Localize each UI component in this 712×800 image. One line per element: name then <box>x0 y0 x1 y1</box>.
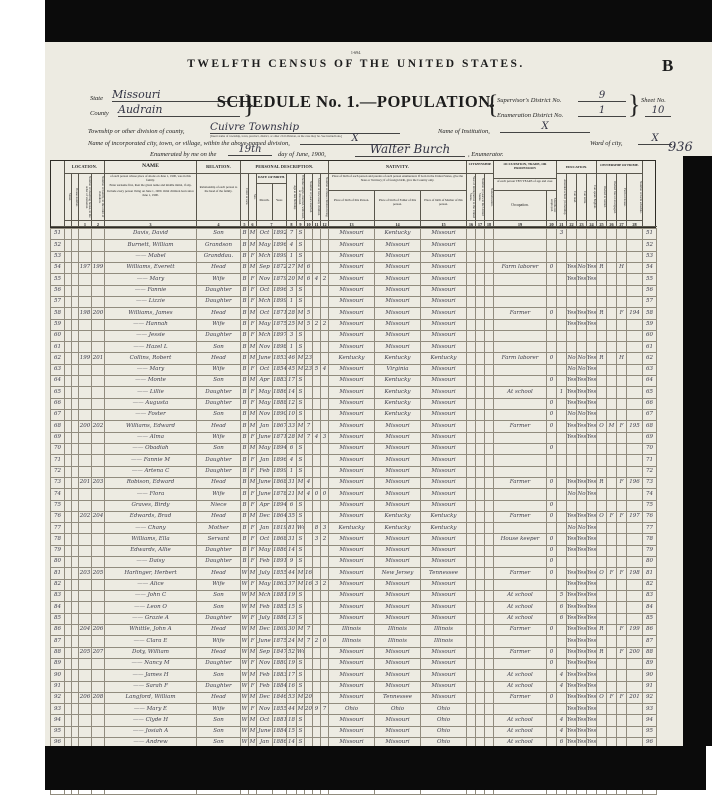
cell-speaks-english: Yes <box>587 545 597 556</box>
cell-house-number <box>72 330 79 341</box>
cell-free-mortgaged <box>607 342 617 353</box>
cell-can-write: Yes <box>577 704 587 715</box>
cell-birth-year: 1883 <box>273 376 287 387</box>
cell-line-right: 52 <box>643 240 657 251</box>
cell-naturalization <box>485 523 494 534</box>
cell-line-left: 64 <box>51 376 65 387</box>
cell-school-months <box>557 455 567 466</box>
cell-birthplace: Missouri <box>329 432 375 443</box>
cell-line-right: 83 <box>643 591 657 602</box>
ward-label: Ward of city, <box>590 140 623 147</box>
cell-sex: M <box>249 240 257 251</box>
cell-line-left: 57 <box>51 296 65 307</box>
cell-marital-status: S <box>297 557 305 568</box>
cell-birth-month: Apr <box>257 500 273 511</box>
cell-father-birthplace: Missouri <box>375 591 421 602</box>
page-number: 936 <box>668 140 693 155</box>
cell-years-married <box>305 229 313 240</box>
cell-years-in-us <box>476 466 485 477</box>
cell-age: 3 <box>287 330 297 341</box>
cell-farm-schedule <box>627 364 643 375</box>
cell-birth-month: June <box>257 353 273 364</box>
cell-marital-status: S <box>297 330 305 341</box>
cell-house-number <box>72 477 79 488</box>
enumerator-value: Walter Burch <box>355 142 465 157</box>
cell-name: —— Daisy <box>105 557 197 568</box>
cell-children-living <box>321 262 329 273</box>
page-letter: B <box>662 56 673 76</box>
cell-relation: Niece <box>197 500 241 511</box>
cell-children-living: 2 <box>321 534 329 545</box>
cell-house-number <box>72 398 79 409</box>
cell-speaks-english: Yes <box>587 511 597 522</box>
cell-age: 81 <box>287 523 297 534</box>
cell-years-in-us <box>476 557 485 568</box>
colnum-school: 21 <box>557 221 567 227</box>
cell-children-living <box>321 455 329 466</box>
cell-sex: F <box>249 658 257 669</box>
cell-age: 16 <box>287 681 297 692</box>
cell-months-not-employed: 0 <box>547 308 557 319</box>
cell-dwelling-number <box>79 500 92 511</box>
table-row: 84—— Leon OSonWMFeb188515SMissouriMissou… <box>51 602 657 613</box>
cell-can-read: Yes <box>567 568 577 579</box>
cell-line-left: 73 <box>51 477 65 488</box>
cell-farm-schedule <box>627 726 643 737</box>
cell-can-write: Yes <box>577 726 587 737</box>
enumeration-value: 1 <box>578 105 626 117</box>
cell-children-living <box>321 715 329 726</box>
cell-line-left: 78 <box>51 534 65 545</box>
cell-street <box>65 376 72 387</box>
cell-years-in-us <box>476 274 485 285</box>
cell-father-birthplace: Missouri <box>375 477 421 488</box>
cell-birth-year: 1863 <box>273 579 287 590</box>
cell-months-not-employed: 0 <box>547 410 557 421</box>
group-name: NAME <box>105 161 197 174</box>
col-mother-birthplace: Place of birth of Mother of this person. <box>421 191 467 221</box>
cell-relation: Mother <box>197 523 241 534</box>
cell-free-mortgaged <box>607 715 617 726</box>
cell-occupation: At school <box>494 726 547 737</box>
cell-mother-birthplace: Missouri <box>421 262 467 273</box>
cell-speaks-english: Yes <box>587 715 597 726</box>
cell-farm-schedule <box>627 342 643 353</box>
colnum-age: 8 <box>287 221 297 227</box>
cell-line-left: 63 <box>51 364 65 375</box>
cell-can-read: Yes <box>567 421 577 432</box>
col-immigration-year: Year of immigration to the United States… <box>467 174 476 221</box>
cell-age: 17 <box>287 670 297 681</box>
cell-street <box>65 319 72 330</box>
cell-home-owned-rented <box>597 670 607 681</box>
cell-immigration-year <box>467 398 476 409</box>
table-row: 55—— MaryWifeBFNov187920M642MissouriMiss… <box>51 274 657 285</box>
cell-can-write <box>577 557 587 568</box>
cell-naturalization <box>485 511 494 522</box>
cell-sex: F <box>249 500 257 511</box>
cell-marital-status: S <box>297 545 305 556</box>
cell-family-number <box>92 455 105 466</box>
table-row: 71—— Fannie MDaughterBFJan18964SMissouri… <box>51 455 657 466</box>
cell-dwelling-number: 204 <box>79 624 92 635</box>
cell-farm-schedule <box>627 670 643 681</box>
cell-father-birthplace: Missouri <box>375 262 421 273</box>
cell-immigration-year <box>467 432 476 443</box>
cell-street <box>65 602 72 613</box>
cell-line-right: 58 <box>643 308 657 319</box>
cell-line-left: 53 <box>51 251 65 262</box>
table-row: 60—— JessieDaughterBFMch18973SMissouriMi… <box>51 330 657 341</box>
cell-birth-month: Jan <box>257 421 273 432</box>
cell-dwelling-number <box>79 229 92 240</box>
cell-street <box>65 647 72 658</box>
cell-relation: Daughter <box>197 387 241 398</box>
cell-naturalization <box>485 353 494 364</box>
cell-months-not-employed <box>547 579 557 590</box>
cell-house-number <box>72 432 79 443</box>
cell-children-living: 4 <box>321 364 329 375</box>
cell-name: Williams, James <box>105 308 197 319</box>
cell-line-left: 59 <box>51 319 65 330</box>
cell-farm-schedule <box>627 240 643 251</box>
cell-can-write <box>577 240 587 251</box>
cell-mother-of <box>313 296 321 307</box>
census-title: TWELFTH CENSUS OF THE UNITED STATES. <box>0 58 712 70</box>
cell-house-number <box>72 353 79 364</box>
cell-father-birthplace: Missouri <box>375 432 421 443</box>
cell-birth-month: Mch <box>257 330 273 341</box>
cell-line-right: 80 <box>643 557 657 568</box>
cell-years-married <box>305 613 313 624</box>
cell-can-read: Yes <box>567 658 577 669</box>
cell-sex: M <box>249 308 257 319</box>
cell-naturalization <box>485 658 494 669</box>
cell-relation: Wife <box>197 274 241 285</box>
cell-can-write: No <box>577 523 587 534</box>
cell-sex: M <box>249 410 257 421</box>
col-naturalization: Naturalization. <box>485 174 494 221</box>
colnum-farm-house: 27 <box>617 221 627 227</box>
cell-father-birthplace: Kentucky <box>375 523 421 534</box>
cell-house-number <box>72 489 79 500</box>
cell-house-number <box>72 240 79 251</box>
cell-home-owned-rented: R <box>597 262 607 273</box>
cell-occupation <box>494 398 547 409</box>
cell-years-in-us <box>476 364 485 375</box>
cell-house-number <box>72 455 79 466</box>
cell-immigration-year <box>467 545 476 556</box>
table-row: 82—— AliceWifeWFMay186337M1632MissouriMi… <box>51 579 657 590</box>
cell-free-mortgaged <box>607 376 617 387</box>
cell-farm-or-house <box>617 557 627 568</box>
cell-children-living <box>321 285 329 296</box>
cell-marital-status: S <box>297 285 305 296</box>
cell-naturalization <box>485 296 494 307</box>
table-row: 75Graves, BirdyNieceBFApr18946SMissouriM… <box>51 500 657 511</box>
cell-school-months: 3 <box>557 229 567 240</box>
cell-children-living <box>321 410 329 421</box>
cell-birthplace: Missouri <box>329 455 375 466</box>
group-personal: PERSONAL DESCRIPTION. <box>241 161 329 174</box>
cell-sex: M <box>249 670 257 681</box>
cell-can-read: No <box>567 353 577 364</box>
cell-school-months <box>557 330 567 341</box>
cell-naturalization <box>485 410 494 421</box>
cell-color: B <box>241 285 249 296</box>
cell-father-birthplace: Missouri <box>375 557 421 568</box>
cell-age: 45 <box>287 364 297 375</box>
cell-birth-month: June <box>257 636 273 647</box>
cell-farm-schedule <box>627 229 643 240</box>
cell-years-married <box>305 602 313 613</box>
cell-birth-month: Nov <box>257 410 273 421</box>
cell-school-months: 4 <box>557 715 567 726</box>
cell-family-number <box>92 251 105 262</box>
cell-street <box>65 342 72 353</box>
cell-farm-schedule: 196 <box>627 477 643 488</box>
cell-months-not-employed: 0 <box>547 624 557 635</box>
cell-speaks-english: Yes <box>587 692 597 703</box>
cell-sex: M <box>249 342 257 353</box>
cell-occupation: At school <box>494 387 547 398</box>
cell-farm-or-house <box>617 591 627 602</box>
cell-can-write: Yes <box>577 658 587 669</box>
cell-free-mortgaged <box>607 364 617 375</box>
cell-can-read: Yes <box>567 274 577 285</box>
cell-speaks-english: Yes <box>587 308 597 319</box>
cell-line-left: 86 <box>51 624 65 635</box>
cell-mother-of <box>313 591 321 602</box>
cell-home-owned-rented: R <box>597 308 607 319</box>
table-row: 91—— Sarah FDaughterWFFeb188416SMissouri… <box>51 681 657 692</box>
cell-can-read: Yes <box>567 319 577 330</box>
cell-months-not-employed <box>547 681 557 692</box>
cell-farm-or-house <box>617 670 627 681</box>
col-occupation: Occupation. <box>494 191 547 221</box>
cell-school-months: 4 <box>557 726 567 737</box>
cell-dwelling-number <box>79 455 92 466</box>
cell-farm-schedule <box>627 274 643 285</box>
cell-months-not-employed <box>547 319 557 330</box>
cell-sex: F <box>249 387 257 398</box>
cell-age: 18 <box>287 715 297 726</box>
cell-family-number <box>92 500 105 511</box>
cell-birth-year: 1883 <box>273 670 287 681</box>
cell-children-living <box>321 308 329 319</box>
cell-birthplace: Missouri <box>329 443 375 454</box>
cell-school-months <box>557 308 567 319</box>
enumerated-middle: day of June, 1900, <box>278 151 326 158</box>
cell-mother-birthplace: Missouri <box>421 658 467 669</box>
cell-naturalization <box>485 342 494 353</box>
cell-mother-of: 0 <box>313 489 321 500</box>
cell-years-married <box>305 534 313 545</box>
cell-name: Edwards, Brad <box>105 511 197 522</box>
colnum-mother-of: 11 <box>313 221 321 227</box>
cell-age: 6 <box>287 443 297 454</box>
cell-mother-birthplace: Ohio <box>421 715 467 726</box>
cell-sex: F <box>249 613 257 624</box>
cell-house-number <box>72 534 79 545</box>
cell-speaks-english <box>587 466 597 477</box>
cell-dwelling-number <box>79 274 92 285</box>
cell-speaks-english: Yes <box>587 262 597 273</box>
cell-naturalization <box>485 251 494 262</box>
cell-mother-birthplace: Missouri <box>421 692 467 703</box>
cell-home-owned-rented <box>597 342 607 353</box>
cell-months-not-employed <box>547 613 557 624</box>
cell-line-left: 80 <box>51 557 65 568</box>
cell-sex: F <box>249 432 257 443</box>
cell-school-months <box>557 410 567 421</box>
cell-marital-status: S <box>297 376 305 387</box>
table-row: 65—— LillieDaughterBFMay188614SMissouriK… <box>51 387 657 398</box>
cell-name: —— Leon O <box>105 602 197 613</box>
cell-can-write: Yes <box>577 647 587 658</box>
cell-years-married: 16 <box>305 579 313 590</box>
cell-birth-year: 1892 <box>273 229 287 240</box>
cell-months-not-employed: 0 <box>547 500 557 511</box>
cell-house-number <box>72 681 79 692</box>
cell-mother-birthplace: Missouri <box>421 647 467 658</box>
cell-marital-status: M <box>297 262 305 273</box>
cell-street <box>65 251 72 262</box>
cell-can-read: Yes <box>567 715 577 726</box>
cell-school-months <box>557 285 567 296</box>
cell-dwelling-number <box>79 432 92 443</box>
cell-years-married <box>305 455 313 466</box>
table-row: 59—— HannahWifeBFMay187525M522MissouriMi… <box>51 319 657 330</box>
cell-occupation: Farmer <box>494 692 547 703</box>
cell-years-married: 20 <box>305 692 313 703</box>
cell-street <box>65 534 72 545</box>
cell-birth-month: Dec <box>257 624 273 635</box>
cell-occupation <box>494 330 547 341</box>
cell-children-living <box>321 602 329 613</box>
cell-house-number <box>72 715 79 726</box>
cell-months-not-employed <box>547 591 557 602</box>
cell-birth-month: Jan <box>257 455 273 466</box>
cell-free-mortgaged <box>607 658 617 669</box>
cell-father-birthplace: Missouri <box>375 545 421 556</box>
cell-farm-or-house <box>617 500 627 511</box>
col-marital-status: Whether single, married, widowed, or div… <box>297 174 305 221</box>
cell-years-married <box>305 591 313 602</box>
cell-years-married: 20 <box>305 704 313 715</box>
cell-age: 19 <box>287 658 297 669</box>
cell-farm-or-house: F <box>617 692 627 703</box>
cell-relation: Head <box>197 511 241 522</box>
cell-mother-of <box>313 387 321 398</box>
cell-name: —— Lizzie <box>105 296 197 307</box>
cell-house-number <box>72 726 79 737</box>
cell-family-number <box>92 285 105 296</box>
cell-father-birthplace: Illinois <box>375 636 421 647</box>
cell-name: —— Fannie M <box>105 455 197 466</box>
cell-can-write: Yes <box>577 274 587 285</box>
cell-dwelling-number <box>79 466 92 477</box>
cell-children-living <box>321 342 329 353</box>
cell-age: 7 <box>287 229 297 240</box>
cell-sex: M <box>249 376 257 387</box>
cell-color: B <box>241 376 249 387</box>
cell-family-number <box>92 229 105 240</box>
cell-house-number <box>72 523 79 534</box>
cell-house-number <box>72 421 79 432</box>
cell-children-living <box>321 251 329 262</box>
cell-can-read: Yes <box>567 591 577 602</box>
cell-immigration-year <box>467 568 476 579</box>
cell-age: 28 <box>287 308 297 319</box>
cell-mother-of <box>313 229 321 240</box>
cell-family-number: 205 <box>92 568 105 579</box>
cell-immigration-year <box>467 613 476 624</box>
cell-birthplace: Missouri <box>329 364 375 375</box>
cell-children-living <box>321 477 329 488</box>
cell-name: —— Hannah <box>105 319 197 330</box>
cell-birthplace: Missouri <box>329 534 375 545</box>
cell-immigration-year <box>467 285 476 296</box>
cell-birth-month: Oct <box>257 308 273 319</box>
cell-dwelling-number <box>79 670 92 681</box>
cell-occupation <box>494 455 547 466</box>
cell-can-write: Yes <box>577 545 587 556</box>
group-citizenship: CITIZENSHIP. <box>467 161 494 174</box>
cell-free-mortgaged <box>607 330 617 341</box>
cell-age: 3 <box>287 285 297 296</box>
cell-relation: Daughter <box>197 466 241 477</box>
cell-marital-status: M <box>297 432 305 443</box>
cell-naturalization <box>485 579 494 590</box>
cell-birthplace: Missouri <box>329 262 375 273</box>
township-label: Township or other division of county, <box>88 128 185 135</box>
cell-marital-status: S <box>297 602 305 613</box>
cell-home-owned-rented <box>597 376 607 387</box>
cell-occupation: Farm laborer <box>494 353 547 364</box>
cell-years-married: 23 <box>305 353 313 364</box>
cell-years-in-us <box>476 421 485 432</box>
cell-immigration-year <box>467 500 476 511</box>
cell-mother-birthplace: Missouri <box>421 477 467 488</box>
cell-mother-of <box>313 568 321 579</box>
cell-birthplace: Missouri <box>329 670 375 681</box>
cell-home-owned-rented <box>597 602 607 613</box>
table-row: 78Williams, EllaServantBFOct186831S32Mis… <box>51 534 657 545</box>
cell-name: —— Sarah F <box>105 681 197 692</box>
cell-mother-of <box>313 511 321 522</box>
cell-marital-status: M <box>297 274 305 285</box>
cell-sex: F <box>249 704 257 715</box>
cell-can-write <box>577 500 587 511</box>
cell-can-read: Yes <box>567 670 577 681</box>
cell-years-in-us <box>476 579 485 590</box>
cell-farm-or-house <box>617 432 627 443</box>
cell-name: Harlinger, Herbert <box>105 568 197 579</box>
cell-immigration-year <box>467 240 476 251</box>
colnum-children-living: 12 <box>321 221 329 227</box>
colnum-naturalization: 18 <box>485 221 494 227</box>
cell-mother-of <box>313 624 321 635</box>
cell-farm-schedule <box>627 410 643 421</box>
cell-birthplace: Missouri <box>329 421 375 432</box>
cell-months-not-employed <box>547 455 557 466</box>
cell-years-married <box>305 511 313 522</box>
cell-months-not-employed <box>547 670 557 681</box>
cell-immigration-year <box>467 647 476 658</box>
cell-occupation <box>494 557 547 568</box>
cell-naturalization <box>485 647 494 658</box>
